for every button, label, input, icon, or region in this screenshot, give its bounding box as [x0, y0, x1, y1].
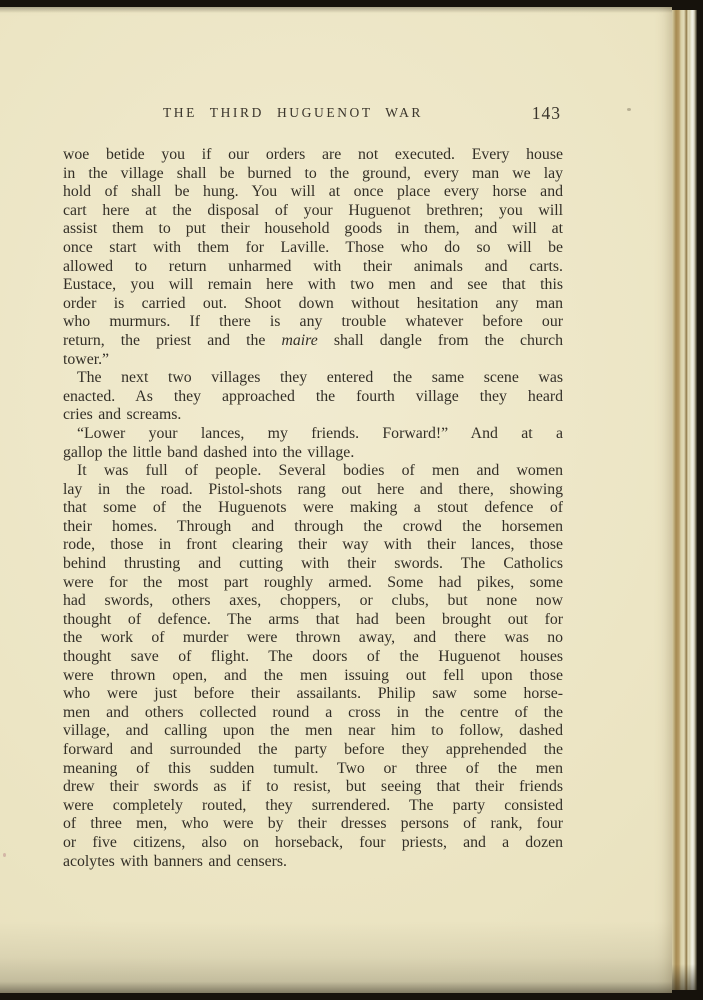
text-line: the work of murder were thrown away, and… [63, 629, 563, 648]
text-line: cries and screams. [63, 406, 563, 425]
text-line: that some of the Huguenots were making a… [63, 499, 563, 518]
book-page: THE THIRD HUGUENOT WAR 143 woe betide yo… [0, 7, 672, 993]
text-line: their homes. Through and through the cro… [63, 518, 563, 537]
paper-speck [627, 108, 631, 111]
text-line: were for the most part roughly armed. So… [63, 574, 563, 593]
text-line: Eustace, you will remain here with two m… [63, 276, 563, 295]
text-line: lay in the road. Pistol-shots rang out h… [63, 481, 563, 500]
text-line: once start with them for Laville. Those … [63, 239, 563, 258]
text-line: were thrown open, and the men issuing ou… [63, 667, 563, 686]
page-text: woe betide you if our orders are not exe… [63, 146, 563, 871]
text-line: of three men, who were by their dresses … [63, 815, 563, 834]
text-line: thought of defence. The arms that had be… [63, 611, 563, 630]
text-line: “Lower your lances, my friends. Forward!… [63, 425, 563, 444]
text-line: were completely routed, they surrendered… [63, 797, 563, 816]
running-title: THE THIRD HUGUENOT WAR [63, 105, 563, 121]
text-line: cart here at the disposal of your Huguen… [63, 202, 563, 221]
text-line: in the village shall be burned to the gr… [63, 165, 563, 184]
text-line: assist them to put their household goods… [63, 220, 563, 239]
text-line: order is carried out. Shoot down without… [63, 295, 563, 314]
text-line: tower.” [63, 351, 563, 370]
text-line: thought save of flight. The doors of the… [63, 648, 563, 667]
running-header: THE THIRD HUGUENOT WAR 143 [63, 105, 563, 125]
text-line: men and others collected round a cross i… [63, 704, 563, 723]
text-line: woe betide you if our orders are not exe… [63, 146, 563, 165]
paragraph: woe betide you if our orders are not exe… [63, 146, 563, 369]
text-line: acolytes with banners and censers. [63, 853, 563, 872]
text-line: who murmurs. If there is any trouble wha… [63, 313, 563, 332]
text-line: The next two villages they entered the s… [63, 369, 563, 388]
text-line: village, and calling upon the men near h… [63, 722, 563, 741]
text-line: behind thrusting and cutting with their … [63, 555, 563, 574]
paragraph: The next two villages they entered the s… [63, 369, 563, 425]
text-line: meaning of this sudden tumult. Two or th… [63, 760, 563, 779]
page-edge-stack [672, 10, 697, 990]
text-line: hold of shall be hung. You will at once … [63, 183, 563, 202]
text-line: who were just before their assailants. P… [63, 685, 563, 704]
paragraph: It was full of people. Several bodies of… [63, 462, 563, 871]
text-line: forward and surrounded the party before … [63, 741, 563, 760]
paper-speck [3, 853, 6, 857]
text-line: drew their swords as if to resist, but s… [63, 778, 563, 797]
page-number: 143 [532, 103, 561, 124]
text-line: or five citizens, also on horseback, fou… [63, 834, 563, 853]
text-line: allowed to return unharmed with their an… [63, 258, 563, 277]
page-content: THE THIRD HUGUENOT WAR 143 woe betide yo… [63, 105, 563, 871]
text-line: gallop the little band dashed into the v… [63, 444, 563, 463]
paragraph: “Lower your lances, my friends. Forward!… [63, 425, 563, 462]
text-line: had swords, others axes, choppers, or cl… [63, 592, 563, 611]
text-line: enacted. As they approached the fourth v… [63, 388, 563, 407]
book-cover-background: THE THIRD HUGUENOT WAR 143 woe betide yo… [0, 0, 703, 1000]
text-line: return, the priest and the maire shall d… [63, 332, 563, 351]
text-line: It was full of people. Several bodies of… [63, 462, 563, 481]
text-line: rode, those in front clearing their way … [63, 536, 563, 555]
